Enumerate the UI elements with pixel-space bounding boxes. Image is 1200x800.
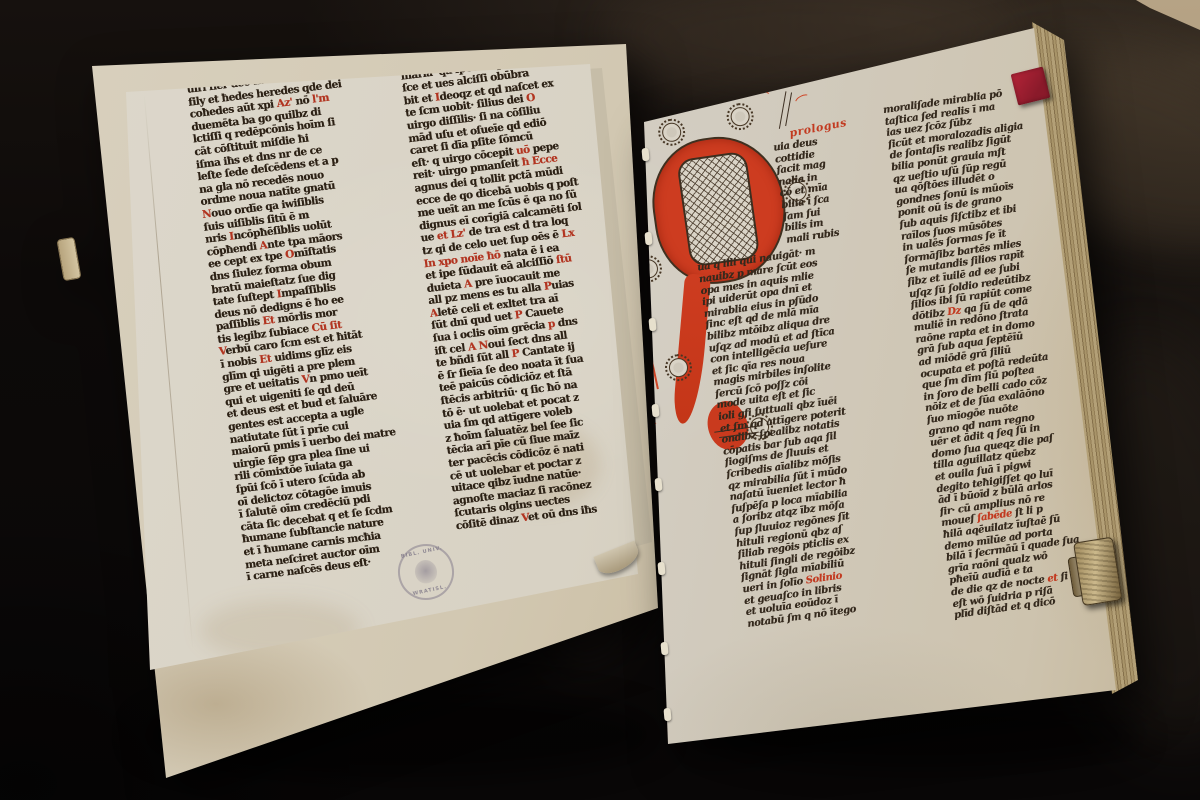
book-clasp: [1065, 537, 1123, 610]
column-a-lines: ua q illi qui nauigāt· mnauibz p mare ſc…: [696, 233, 932, 630]
sewing-thread: [660, 642, 668, 656]
red-flourish: [641, 350, 655, 369]
column-a-intro-lines: uia deuscottidieſacit magnalia incō et m…: [771, 118, 880, 246]
sewing-thread: [644, 232, 652, 246]
red-flourish-line: [625, 172, 629, 242]
sewing-thread: [654, 478, 662, 492]
sewing-thread: [651, 404, 659, 418]
right-manuscript-page: prologus uia deuscottidieſacit magnalia …: [0, 0, 1200, 800]
sewing-thread: [641, 148, 649, 162]
photo-scene: uiri ſier deo nata ſūt V· ō i atfily et …: [0, 0, 1200, 800]
sewing-thread: [663, 708, 671, 722]
sewing-thread: [648, 318, 656, 332]
red-flourish: [618, 212, 631, 230]
right-manuscript-book: prologus uia deuscottidieſacit magnalia …: [0, 0, 1200, 800]
penwork-rosette: [638, 258, 659, 279]
red-flourish: [610, 161, 628, 182]
red-flourish: [628, 289, 647, 311]
sewing-thread: [657, 562, 665, 576]
